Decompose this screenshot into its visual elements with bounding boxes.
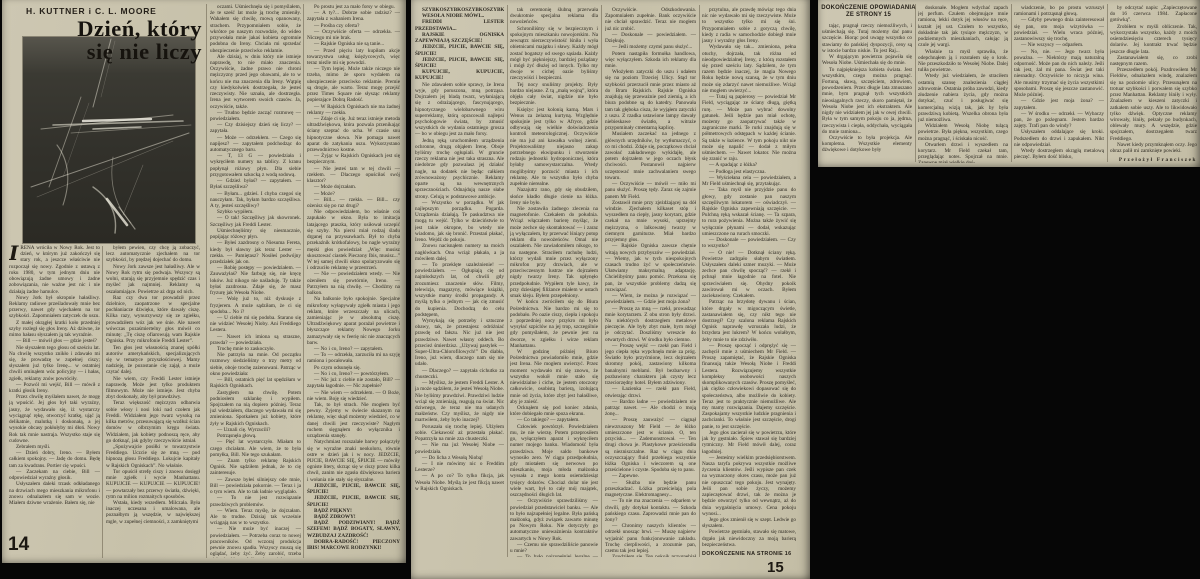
paragraph: — Nie — powiedziałem wtedy. — Nie ożenił…: [307, 271, 400, 296]
paragraph: — Nawet ich imiona są straszne, prawda? …: [210, 334, 301, 346]
column-rule: [1107, 4, 1108, 162]
column-rule: [303, 4, 304, 558]
paragraph: KUPUJCIE, KUPUJCIE, KUPUJCIE!: [415, 69, 504, 81]
paragraph: Musiałem zaczekać na jednego z głównych …: [605, 131, 696, 181]
paragraph: Przełożył Franciszek Welczar: [1110, 157, 1197, 163]
column-rule: [206, 4, 207, 558]
paragraph: Oczywiście to była projekcja. Ale komple…: [822, 135, 912, 154]
paragraph: — Jeśli możemy czymś panu służyć...: [605, 44, 696, 50]
paragraph: Nowy Jork był okropnie hałaśliwy. Reklam…: [9, 295, 100, 320]
text-column-6: tak ceremonię ślubną przerwała dwukrotni…: [510, 7, 598, 557]
paragraph: Tor opuścił strefę ciszy i znowu dosięgł…: [106, 469, 200, 500]
paragraph: — Doskonale — powiedziałem. — Dziękuję.: [605, 32, 696, 44]
page-fragment-scan: DOKOŃCZENIE OPOWIADANIA ZE STRONY 15 taj…: [818, 0, 1200, 167]
paragraph: — Wolę już to, niż dyskusje z fryzjerem.…: [210, 296, 301, 315]
paragraph: Nie zdawałem sobie sprawy, że Irena wyje…: [415, 82, 504, 138]
paragraph: Tej nocy snuliśmy projekty. Były bardzo …: [510, 82, 598, 107]
paragraph: Księżyc jest kolonią karną. Mars i Wenus…: [510, 107, 598, 188]
paragraph: Nie słyszałem tego głosu od sześciu lat.…: [9, 345, 100, 382]
paragraph: Tak, to był strach. Nie mogłem być pewny…: [307, 402, 400, 439]
paragraph: W godzinę później Biuro Pośrednictwa pow…: [510, 349, 598, 405]
column-rule: [507, 5, 508, 557]
paragraph: — W środku — odrzekł. — Wybaczy pan, że …: [1014, 111, 1104, 130]
paragraph: — Łazienka — rzekł pan Field, otwierając…: [605, 386, 696, 398]
paragraph: — Byłeś zazdrosny o Niesuma Fereta, kied…: [210, 240, 301, 265]
paragraph: — Nie ma już Wesołej Niobe — powiedziała…: [415, 442, 504, 454]
paragraph: Nie odpowiedziałem, bo właśnie coś zapuk…: [307, 209, 400, 271]
paragraph: Znowu nacisnąłem numery na moich nagłówk…: [415, 243, 504, 262]
paragraph: — To było najzupełniej legalne — powtórz…: [510, 554, 598, 557]
paragraph: — To — odrzekła, zarzuciła mi na szyję r…: [307, 352, 400, 364]
paragraph: Nazajutrz rano, gdy się obudziłem, słońc…: [510, 187, 598, 206]
paragraph: — T, 13 G — powiedziała i wykręciłem num…: [210, 153, 301, 178]
paragraph: IRENA wróciła w Nowy Rok. Jest to dzień,…: [9, 245, 100, 295]
paragraph: — Oczywiście sprawdziliśmy — powiedział …: [510, 498, 598, 542]
paragraph: Człowiek powtórzył. Powiedziałem mu, że …: [510, 424, 598, 499]
paragraph: W drgającym powietrzu pojawiła się Wesoł…: [822, 54, 912, 66]
paragraph: — Zawsze byłeś silniejszy ode mnie, Bill…: [210, 477, 301, 496]
paragraph: Usłyszałem oddalające się kroki. Podszed…: [1014, 129, 1104, 148]
paragraph: Ocknąłem się pod koniec zdania, które do…: [510, 405, 598, 417]
paragraph: RAJSKIE OGNISKA ZAPEWNIAJĄ SZCZĘŚCIE!: [415, 32, 504, 44]
paragraph: doskonałe. Mogłem wdychać zapach jej per…: [918, 5, 1008, 49]
paragraph: „Spożywajcie posiłki w towarzystwie Fred…: [106, 444, 200, 469]
column-rule: [102, 246, 103, 558]
paragraph: tając, pragnął rzeczy niemożliwych, i uś…: [822, 23, 912, 54]
paragraph: JEDZCIE, PIJCIE, BAWCIE SIĘ, ŚPIJCIE!: [307, 483, 400, 495]
column-rule: [915, 4, 916, 162]
paragraph: tak ceremonię ślubną przerwała dwukrotni…: [510, 7, 598, 26]
paragraph: Natychmiast rozszalałe barwy połączyły s…: [307, 439, 400, 483]
page-number-14: 14: [8, 534, 29, 556]
paragraph: — Robię postępy — powiedziałem. — Zauważ…: [210, 265, 301, 296]
paragraph: Zostawił mnie przy zjeżdżającej na dół w…: [605, 200, 696, 244]
paragraph: Oczywiście. Odszkodowania. Zapomniałem z…: [605, 7, 696, 32]
paragraph: — Doskonale — powiedziałem. — Czy to wsz…: [702, 237, 796, 249]
paragraph: — A po co? To tylko fikcja, jak Wesoła N…: [415, 473, 504, 492]
story-title-line1: Dzień, który: [30, 17, 202, 40]
paragraph: Powietrze gęstniało, stawało się matowe,…: [702, 529, 796, 548]
paragraph: Patrząc na brzydotę dywanu i ścian, któr…: [702, 299, 796, 343]
light-streaks-illustration: [23, 37, 195, 243]
paragraph: Przez chwilę myślałem nawet, że mogę ją …: [9, 394, 100, 444]
paragraph: — Znam tylko reklamę Rajskich Ognisk. Ni…: [210, 458, 301, 477]
paragraph: Jedną ręką uruchomiłem urządzenia ochron…: [415, 138, 504, 200]
column-rule: [699, 5, 700, 557]
paragraph: Nawet kiedy przymknąłem oczy. Jego obraz…: [1110, 142, 1197, 154]
paragraph: — O tak! Szczęśliwy jak skowronek. Szczę…: [210, 215, 301, 227]
paragraph: — To przeklęte uzależnienie! — powiedzia…: [415, 262, 504, 318]
paragraph: — Myślisz, że jestem Freddi Lester. A ja…: [415, 380, 504, 424]
paragraph: Poruszała się trochę lepiej. Ulżyłem sob…: [415, 424, 504, 443]
paragraph: — Nie może być inaczej — powiedziałem. —…: [210, 526, 301, 558]
paragraph: — Czemu nie sprawdziliście panowie u mni…: [510, 542, 598, 554]
paragraph: — Chronimy naszych klientów — odrzekł un…: [605, 523, 696, 554]
paragraph: JEDZCIE, PIJCIE, BAWCIE SIĘ, ŚPIJCIE!: [415, 44, 504, 56]
text-column-7: Oczywiście. Odszkodowania. Zapomniałem z…: [605, 7, 696, 557]
paragraph: Usłyszałem daleki trzask odkładanego na …: [9, 481, 100, 506]
paragraph: Wtedy już wiedziałem, że straciłem ostat…: [918, 73, 1008, 123]
paragraph: przytulna, ale prawdę mówiąc tego dnia n…: [702, 7, 796, 44]
paragraph: — Nic już z ciebie nie zostało, Bill? — …: [307, 377, 400, 389]
paragraph: Zgodziłem się. Ten pokoik przygnębiał mn…: [605, 554, 696, 557]
paragraph: wiadczenie, bo po prostu wzruszył ramion…: [1014, 5, 1104, 17]
paragraph: — Gdzież byłaś? — zapytałem. — Byłaś szc…: [210, 178, 301, 190]
paragraph: Ale dzisiaj, w dniu który nie istnieje n…: [210, 54, 301, 110]
paragraph: — Gdzie jest moja żona? — zapytałem.: [1014, 98, 1104, 110]
column-rule: [1011, 4, 1012, 162]
story-title: Dzień, który się nie liczy: [30, 17, 202, 63]
paragraph: — Dzień dobry, Ireno. — Byłem całkiem sp…: [9, 450, 100, 469]
paragraph: Właśnie ta myśl sprawiła, że odepchnąłem…: [918, 49, 1008, 74]
paragraph: — Wiem. Teraz myślę, że dojrzałam. Ale t…: [210, 508, 301, 527]
abstract-light-streaks-photo: [23, 37, 195, 243]
paragraph: — To nie jest rozwiązanie prawdziwych pr…: [210, 495, 301, 507]
paragraph: — W Rajskich Ogniskach nie ma żadnej rek…: [307, 104, 400, 116]
paragraph: — Przed pięciu laty kupiłam akcje towarz…: [307, 48, 400, 67]
paragraph: — Wyściełana cela — powiedziałem, a Mr F…: [702, 175, 796, 187]
paragraph: — Trudno będzie zacząć rozmowę — powiedz…: [210, 110, 301, 122]
paragraph: Ten głos jest własnością znanej spółki a…: [106, 345, 200, 376]
paragraph: Na balkonie było spokojnie. Specjalne mi…: [307, 296, 400, 346]
continuation-header-line2: ZE STRONY 15: [821, 12, 916, 19]
paragraph: — Taka myśl nie przyjdzie panu do głowy,…: [702, 187, 796, 237]
magazine-scan: { "colors": {"paper":"#cac4ae","ink":"#2…: [0, 0, 1200, 579]
paragraph: — Tym lepiej. Może także niczego nie trz…: [307, 66, 400, 103]
paragraph: — Bill, ostatnich pięć lat spędziłam w R…: [210, 377, 301, 389]
text-column-2: byłem pewien, czy chcę ją zobaczyć, lecz…: [106, 245, 200, 558]
paragraph: — Wiem, że można je rozwiązać — powiedzi…: [605, 293, 696, 305]
paragraph: Zastygłem na chwilę. Potem podniosłem sz…: [210, 390, 301, 427]
paragraph: — Byłam... gdzieś. I chyba czegoś się na…: [210, 191, 301, 210]
paragraph: Z małej okrągłej kratki koło przedniej s…: [9, 320, 100, 339]
paragraph: Nowy Jork zawsze jest hałaśliwy. Ale w N…: [106, 264, 200, 295]
page-14-scan: H. KUTTNER i C. L. MOORE Dzień, który si…: [2, 0, 406, 563]
continued-on-page-footer: DOKOŃCZENIE NA STRONIE 16: [702, 551, 799, 557]
paragraph: Uśmiechnęliśmy się niesmacznie, popijają…: [210, 228, 301, 240]
paragraph: by odczytać napis: „Zapieczętowane do 16…: [1110, 5, 1197, 24]
paragraph: — U ciebie mi się podoba. Starano się ni…: [210, 315, 301, 334]
text-column-4: Po prostu jest za mało forsy w obiegu.— …: [307, 4, 400, 558]
paragraph: — Rajskie Ogniska zawsze chętnie witają …: [605, 243, 696, 293]
paragraph: — O nie! — Dotknął ściany ręką. Powietrz…: [702, 250, 796, 300]
paragraph: — A ty?... Dobrze sobie radzisz? — zapyt…: [307, 10, 400, 22]
page-15-scan: SZYBKOSZYBKOSZYBKOSZYBKO!WESOŁA NIOBE MÓ…: [411, 0, 810, 579]
paragraph: — Żyjąc w Rajskich Ogniskach jest się be…: [307, 153, 400, 165]
paragraph: — Może — odrzekłem. — Czego się napijesz…: [210, 135, 301, 154]
paragraph: Nie wiem, czy Freddi Lester istnieje nap…: [106, 376, 200, 401]
paragraph: oczami. Uśmiechnęła się i pomyślałem, że…: [210, 4, 301, 54]
paragraph: Zastanawiałem się, co zrobi następnym ra…: [1110, 55, 1197, 67]
paragraph: — Jesteśmy wielkim przedsiębiorstwem. Na…: [702, 455, 796, 517]
paragraph: — Gdyby pewnego dnia zainteresował się p…: [1014, 17, 1104, 42]
paragraph: — Nie jesteś tam w tej chwili — rzekłem.…: [307, 166, 400, 185]
paragraph: JEDZCIE, PIJCIE, BAWCIE SIĘ, ŚPIJCIE!: [415, 57, 504, 69]
paragraph: — Bill — mówił głos — gdzie jesteś?: [9, 338, 100, 344]
text-column-5: SZYBKOSZYBKOSZYBKOSZYBKO!WESOŁA NIOBE MÓ…: [415, 7, 504, 557]
continuation-header: DOKOŃCZENIE OPOWIADANIA ZE STRONY 15: [821, 5, 916, 19]
paragraph: — Oczywiście oferta — odrzekła. — Niczeg…: [307, 29, 400, 41]
paragraph: — Tutaj są papierosy — powiedział Mr Fie…: [702, 94, 796, 162]
author-byline: H. KUTTNER i C. L. MOORE: [26, 6, 157, 16]
text-column-8: przytulna, ale prawdę mówiąc tego dnia n…: [702, 7, 796, 548]
paragraph: To najpiękniejsza kobieta świata. Jest w…: [822, 67, 912, 135]
paragraph: BĄDŹ PODZIWIANY! BĄDŹ SZEFEM! BĄDŹ BOGAT…: [307, 520, 400, 539]
paragraph: Wtedy dostrzegłem okrągłą metalową piecz…: [1014, 148, 1104, 160]
paragraph: Nie patrzyła na mnie. Od początku rozmow…: [210, 352, 301, 377]
drop-cap: I: [9, 246, 18, 261]
paragraph: — To nie ma znaczenia — odparłem w chwil…: [605, 498, 696, 523]
page-number-15: 15: [767, 559, 784, 576]
paragraph: — Bill... — rzekła. — Bill... czy ożenis…: [307, 197, 400, 209]
paragraph: W końcu zwróciłem się do Biura Pośrednic…: [510, 299, 598, 349]
paragraph: Raz czy dwa tor prowadził przez dzielnic…: [106, 295, 200, 345]
paragraph: — I nie mówimy nic o Freddim Lesterze?: [415, 461, 504, 473]
paragraph: Otwarłem drzwi i wyszedłem na korytarz. …: [918, 142, 1008, 163]
text-column-c: wiadczenie, bo po prostu wzruszył ramion…: [1014, 5, 1104, 163]
paragraph: Wydawała się tak... zmieniona, pełna otu…: [702, 44, 796, 94]
paragraph: Jego głos zacierał się w powietrzu, któr…: [702, 430, 796, 455]
column-rule: [601, 5, 602, 557]
text-column-d: by odczytać napis: „Zapieczętowane do 16…: [1110, 5, 1197, 163]
paragraph: — Proszę wejść — rzekł pan Field i jego …: [605, 343, 696, 387]
paragraph: Jego głos zmienił się w szept. Ledwie go…: [702, 517, 796, 529]
paragraph: — Oczywiście — mówił — miło mi panu służ…: [605, 181, 696, 200]
text-column-b: doskonałe. Mogłem wdychać zapach jej per…: [918, 5, 1008, 163]
paragraph: — Wszystko w porządku. W jak najlepszym …: [415, 200, 504, 244]
text-column-1: IRENA wróciła w Nowy Rok. Jest to dzień,…: [9, 245, 100, 558]
paragraph: Teraz większość mężczyzn odbarwia sobie …: [106, 400, 200, 444]
paragraph: byłem pewien, czy chcę ją zobaczyć, lecz…: [106, 245, 200, 264]
paragraph: Widziałem Wesołą Niobę tulącą powietrze.…: [918, 123, 1008, 142]
paragraph: Wymykają się potrzeby i sztuczne obawy, …: [415, 318, 504, 368]
paragraph: — Proszę spocząć i odprężyć się — zachęc…: [702, 343, 796, 430]
paragraph: — Pozwól mi wejść, Bill — mówił z kratki…: [9, 382, 100, 394]
paragraph: — Służba nie będzie panu przeszkadzać. Ł…: [605, 480, 696, 499]
paragraph: Schroniliśmy się w bezpiecznym i spokojn…: [510, 26, 598, 82]
paragraph: — Pięć lat wystarczyło. Miałam to czego …: [210, 439, 301, 458]
paragraph: JEDZCIE, PIJCIE, BAWCIE SIĘ, ŚPIJCIE!: [307, 495, 400, 507]
paragraph: Przeszedłem pokój. Pozdrowiłem Mr Fieldó…: [1110, 67, 1197, 142]
text-column-3: oczami. Uśmiechnęła się i pomyślałem, że…: [210, 4, 301, 558]
paragraph: DOBRA-RADOŚĆ! PIECZONY IBIS! MARCOWE ROD…: [307, 539, 400, 551]
paragraph: Potem nastąpiła formułka handlowa, więc …: [605, 51, 696, 70]
paragraph: Zrobiłem w myśli obliczenie. Tak, wykorz…: [1110, 24, 1197, 55]
paragraph: — Proszę zauważyć — ciągnął niewzruszony…: [605, 417, 696, 473]
paragraph: Nie zostawiła żadnego zlecenia na magnet…: [510, 206, 598, 299]
paragraph: — Zaczekam na ciebie, Bill — odpowiedzia…: [9, 469, 100, 481]
paragraph: — No, nie. — Jego twarz była poważna. — …: [1014, 49, 1104, 99]
paragraph: FREDDI LESTER PRZEDSTAWIA...: [415, 19, 504, 31]
paragraph: — Nie wiem — odrzekłem. — O Boże, nie wi…: [307, 390, 400, 402]
paragraph: — Dlaczego? — zapytała cichutko za chust…: [415, 368, 504, 380]
continuation-header-line1: DOKOŃCZENIE OPOWIADANIA: [821, 5, 916, 12]
story-title-line2: się nie liczy: [30, 40, 202, 63]
paragraph: Wstała, kiedy wszedłem. Milczała. Była i…: [106, 500, 200, 525]
text-column-a: tając, pragnął rzeczy niemożliwych, i uś…: [822, 23, 912, 163]
paragraph: Włożyłem zatyczki do uszu i udałem się n…: [605, 69, 696, 131]
paragraph: — Bardzo ładne — powiedziałem nie patrzą…: [605, 399, 696, 418]
paragraph: — Zdaje ci się. Już teraz istnieje metod…: [307, 116, 400, 153]
paragraph: — Czy dzisiejszy dzień się liczy? — zapy…: [210, 122, 301, 134]
paragraph: — Proszę za mną — rzekł, prowadząc mnie …: [605, 306, 696, 343]
